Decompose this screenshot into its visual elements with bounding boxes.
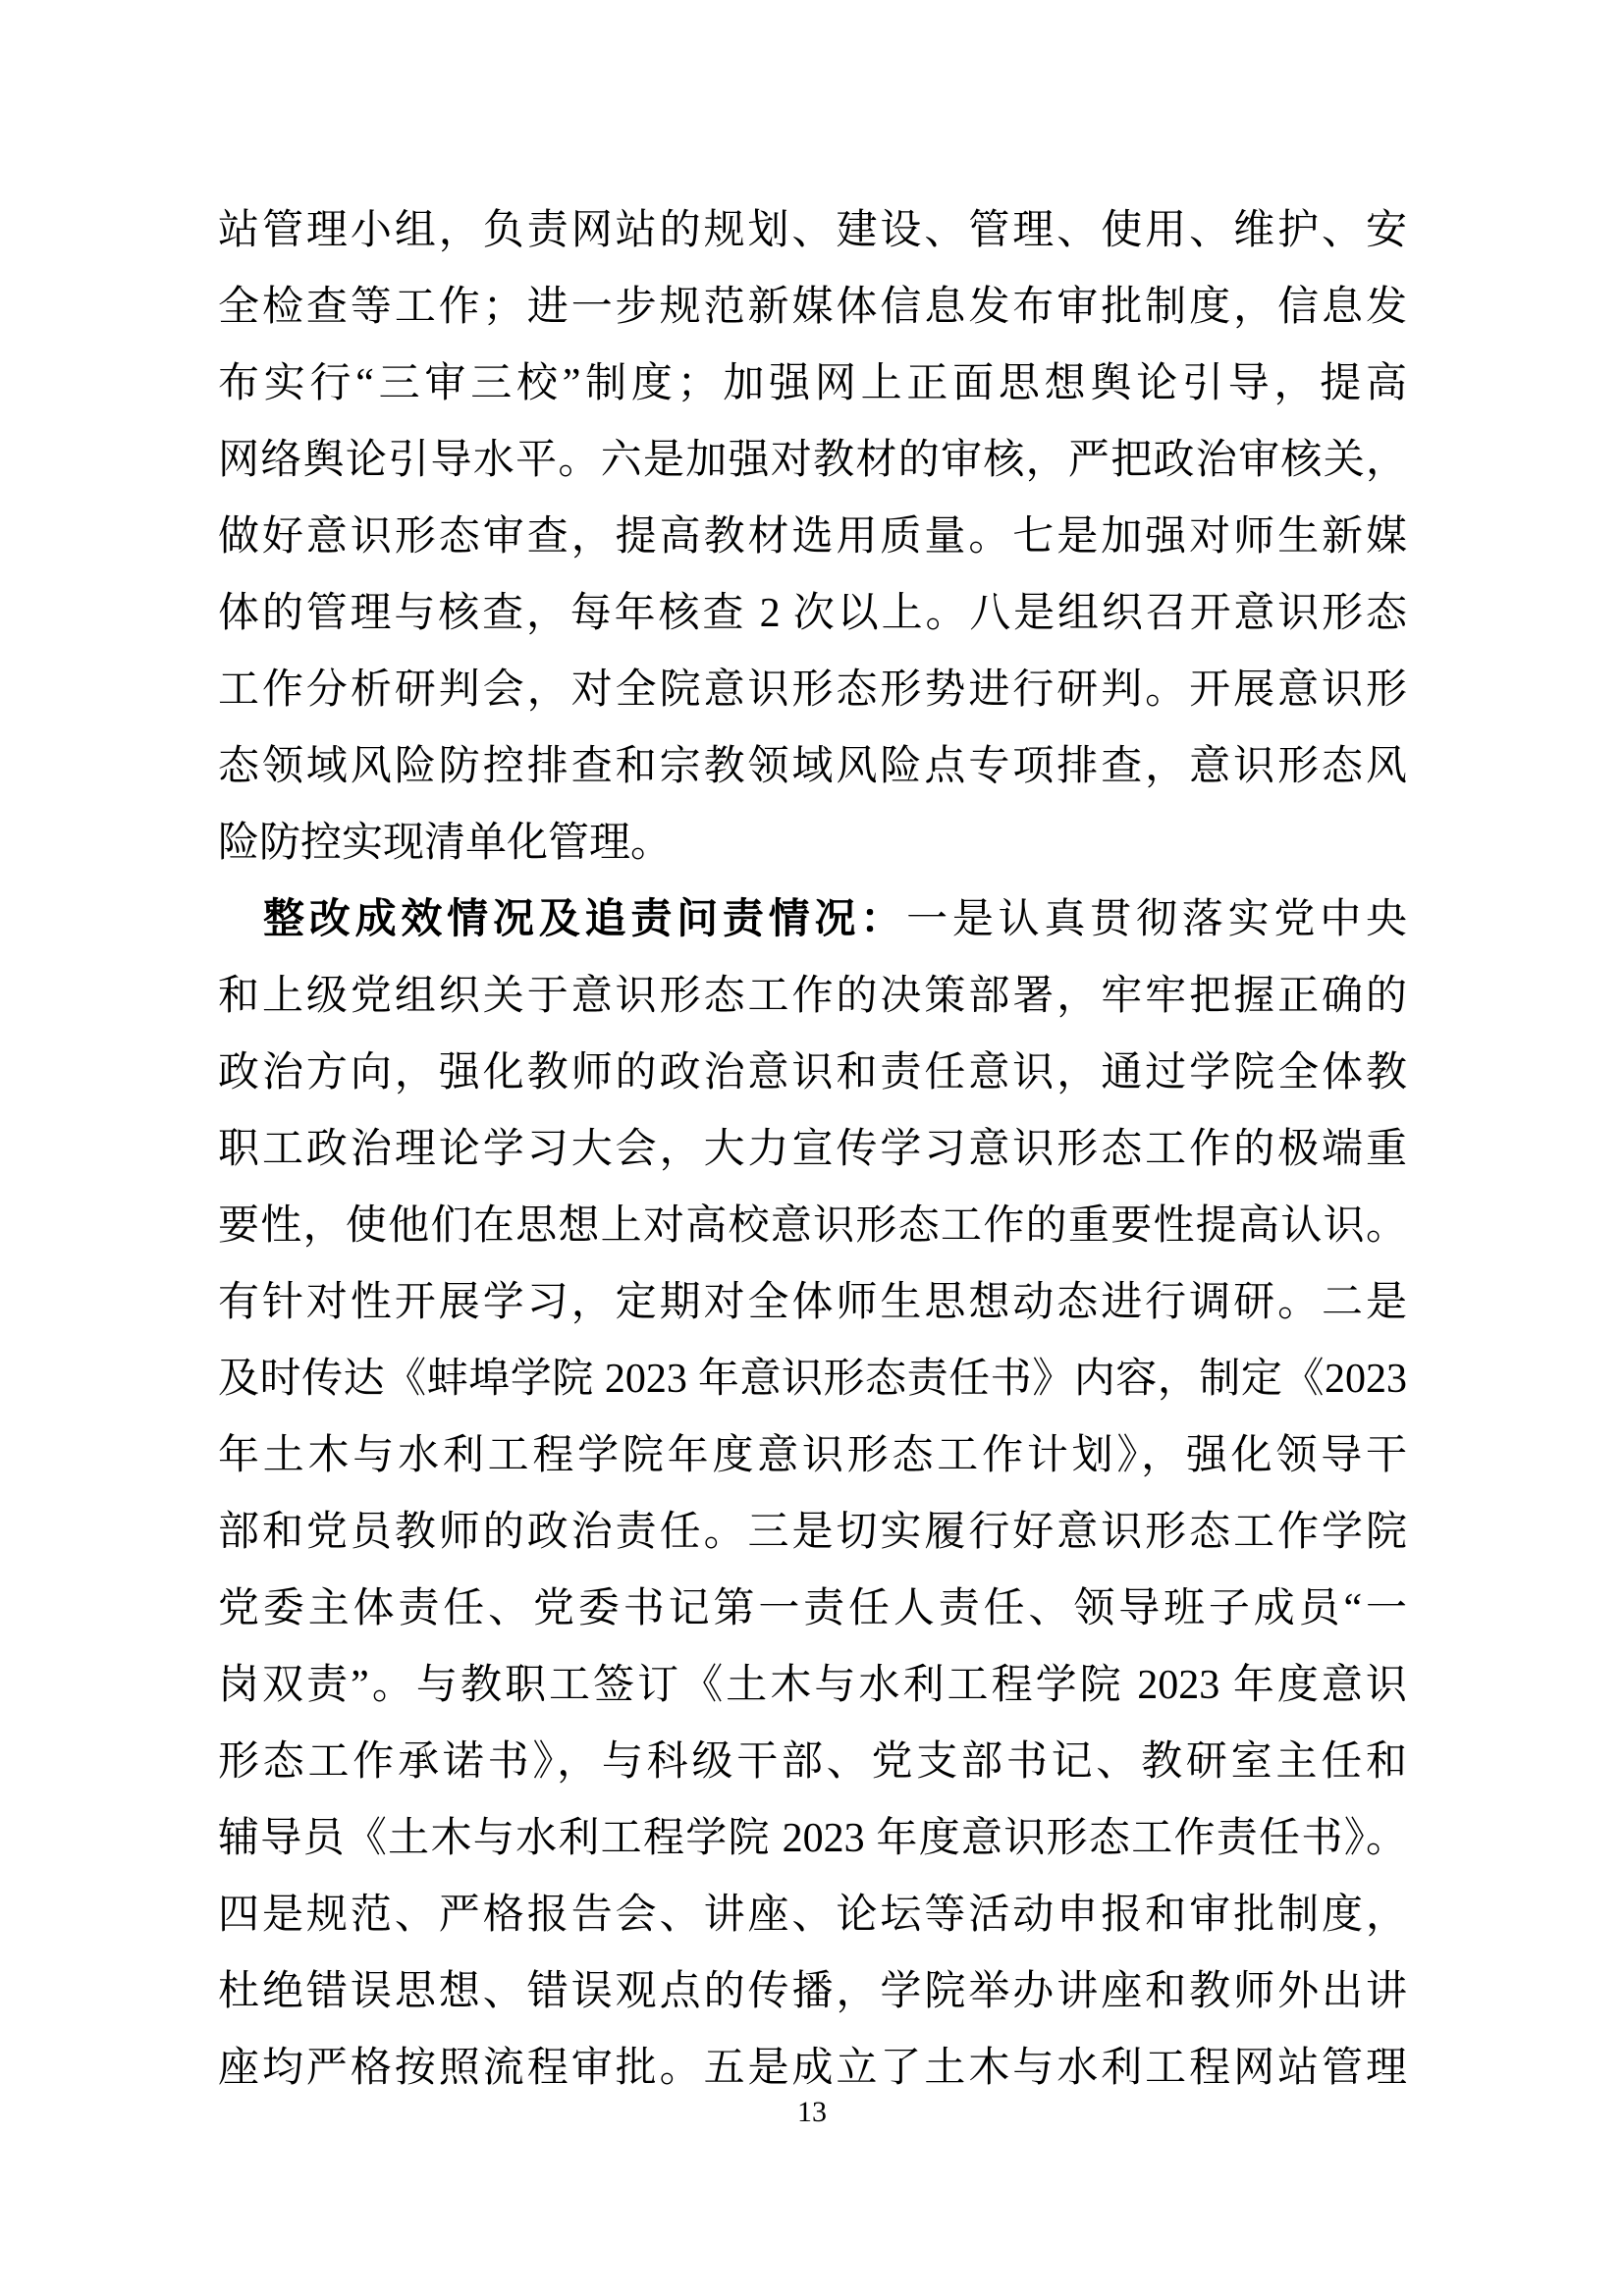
text-line: 布实行“三审三校”制度；加强网上正面思想舆论引导，提高 (218, 346, 1407, 422)
text-line: 要性，使他们在思想上对高校意识形态工作的重要性提高认识。 (218, 1188, 1407, 1264)
text-line: 杜绝错误思想、错误观点的传播，学院举办讲座和教师外出讲 (218, 1953, 1407, 2030)
text-line: 年土木与水利工程学院年度意识形态工作计划》，强化领导干 (218, 1417, 1407, 1494)
text-line: 政治方向，强化教师的政治意识和责任意识，通过学院全体教 (218, 1035, 1407, 1111)
text-line: 网络舆论引导水平。六是加强对教材的审核，严把政治审核关， (218, 422, 1407, 499)
text-line: 站管理小组，负责网站的规划、建设、管理、使用、维护、安 (218, 192, 1407, 269)
section-heading: 整改成效情况及追责问责情况： (263, 897, 906, 942)
page-number: 13 (0, 2091, 1624, 2134)
text-line: 部和党员教师的政治责任。三是切实履行好意识形态工作学院 (218, 1494, 1407, 1571)
text-line: 险防控实现清单化管理。 (218, 805, 1407, 881)
body-text: 站管理小组，负责网站的规划、建设、管理、使用、维护、安 全检查等工作；进一步规范… (218, 192, 1407, 2107)
text-line: 有针对性开展学习，定期对全体师生思想动态进行调研。二是 (218, 1264, 1407, 1341)
text-line: 职工政治理论学习大会，大力宣传学习意识形态工作的极端重 (218, 1111, 1407, 1188)
text-line: 辅导员《土木与水利工程学院 2023 年度意识形态工作责任书》。 (218, 1800, 1407, 1877)
text-line: 体的管理与核查，每年核查 2 次以上。八是组织召开意识形态 (218, 575, 1407, 652)
section-heading-continuation: 一是认真贯彻落实党中央 (906, 897, 1407, 942)
section-heading-line: 整改成效情况及追责问责情况：一是认真贯彻落实党中央 (218, 881, 1407, 958)
text-line: 及时传达《蚌埠学院 2023 年意识形态责任书》内容，制定《2023 (218, 1341, 1407, 1417)
text-line: 做好意识形态审查，提高教材选用质量。七是加强对师生新媒 (218, 499, 1407, 575)
text-line: 四是规范、严格报告会、讲座、论坛等活动申报和审批制度， (218, 1877, 1407, 1953)
text-line: 工作分析研判会，对全院意识形态形势进行研判。开展意识形 (218, 652, 1407, 728)
text-line: 党委主体责任、党委书记第一责任人责任、领导班子成员“一 (218, 1571, 1407, 1647)
text-line: 全检查等工作；进一步规范新媒体信息发布审批制度，信息发 (218, 269, 1407, 346)
text-line: 形态工作承诺书》，与科级干部、党支部书记、教研室主任和 (218, 1724, 1407, 1800)
document-page: 站管理小组，负责网站的规划、建设、管理、使用、维护、安 全检查等工作；进一步规范… (0, 0, 1624, 2296)
text-line: 岗双责”。与教职工签订《土木与水利工程学院 2023 年度意识 (218, 1647, 1407, 1724)
text-line: 和上级党组织关于意识形态工作的决策部署，牢牢把握正确的 (218, 958, 1407, 1035)
text-line: 态领域风险防控排查和宗教领域风险点专项排查，意识形态风 (218, 728, 1407, 805)
